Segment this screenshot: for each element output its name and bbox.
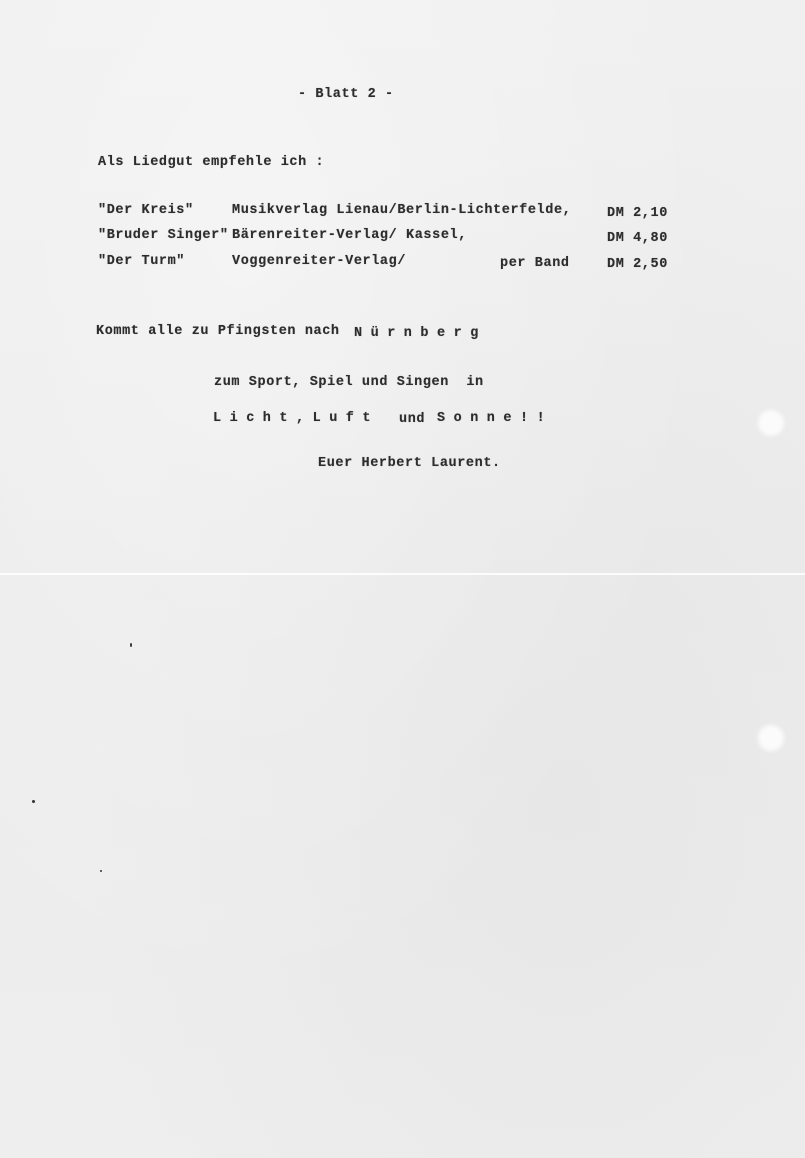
punch-hole-mark xyxy=(758,410,784,436)
rec-publisher: Voggenreiter-Verlag/ xyxy=(232,254,406,269)
invitation-line3-b: und xyxy=(399,412,425,427)
rec-title: "Bruder Singer" xyxy=(98,228,229,243)
paper-speck xyxy=(32,800,35,803)
rec-note: per Band xyxy=(500,256,570,271)
invitation-city: Nürnberg xyxy=(354,326,487,341)
paper-speck xyxy=(130,643,132,647)
rec-price: DM 4,80 xyxy=(607,231,668,246)
paper-background xyxy=(0,0,805,1158)
rec-publisher: Bärenreiter-Verlag/ Kassel, xyxy=(232,228,467,243)
invitation-prefix: Kommt alle zu Pfingsten nach xyxy=(96,324,340,339)
rec-price: DM 2,50 xyxy=(607,257,668,272)
rec-title: "Der Kreis" xyxy=(98,203,194,218)
invitation-line2: zum Sport, Spiel und Singen in xyxy=(214,375,484,390)
page-header: - Blatt 2 - xyxy=(298,87,394,102)
intro-line: Als Liedgut empfehle ich : xyxy=(98,155,324,170)
rec-publisher: Musikverlag Lienau/Berlin-Lichterfelde, xyxy=(232,203,571,218)
paper-fold-line xyxy=(0,573,805,575)
paper-speck xyxy=(100,870,102,872)
signature: Euer Herbert Laurent. xyxy=(318,456,501,471)
invitation-line3-c: Sonne!! xyxy=(437,411,553,426)
rec-title: "Der Turm" xyxy=(98,254,185,269)
rec-price: DM 2,10 xyxy=(607,206,668,221)
punch-hole-mark xyxy=(758,725,784,751)
invitation-line3-a: Licht,Luft xyxy=(213,411,379,426)
